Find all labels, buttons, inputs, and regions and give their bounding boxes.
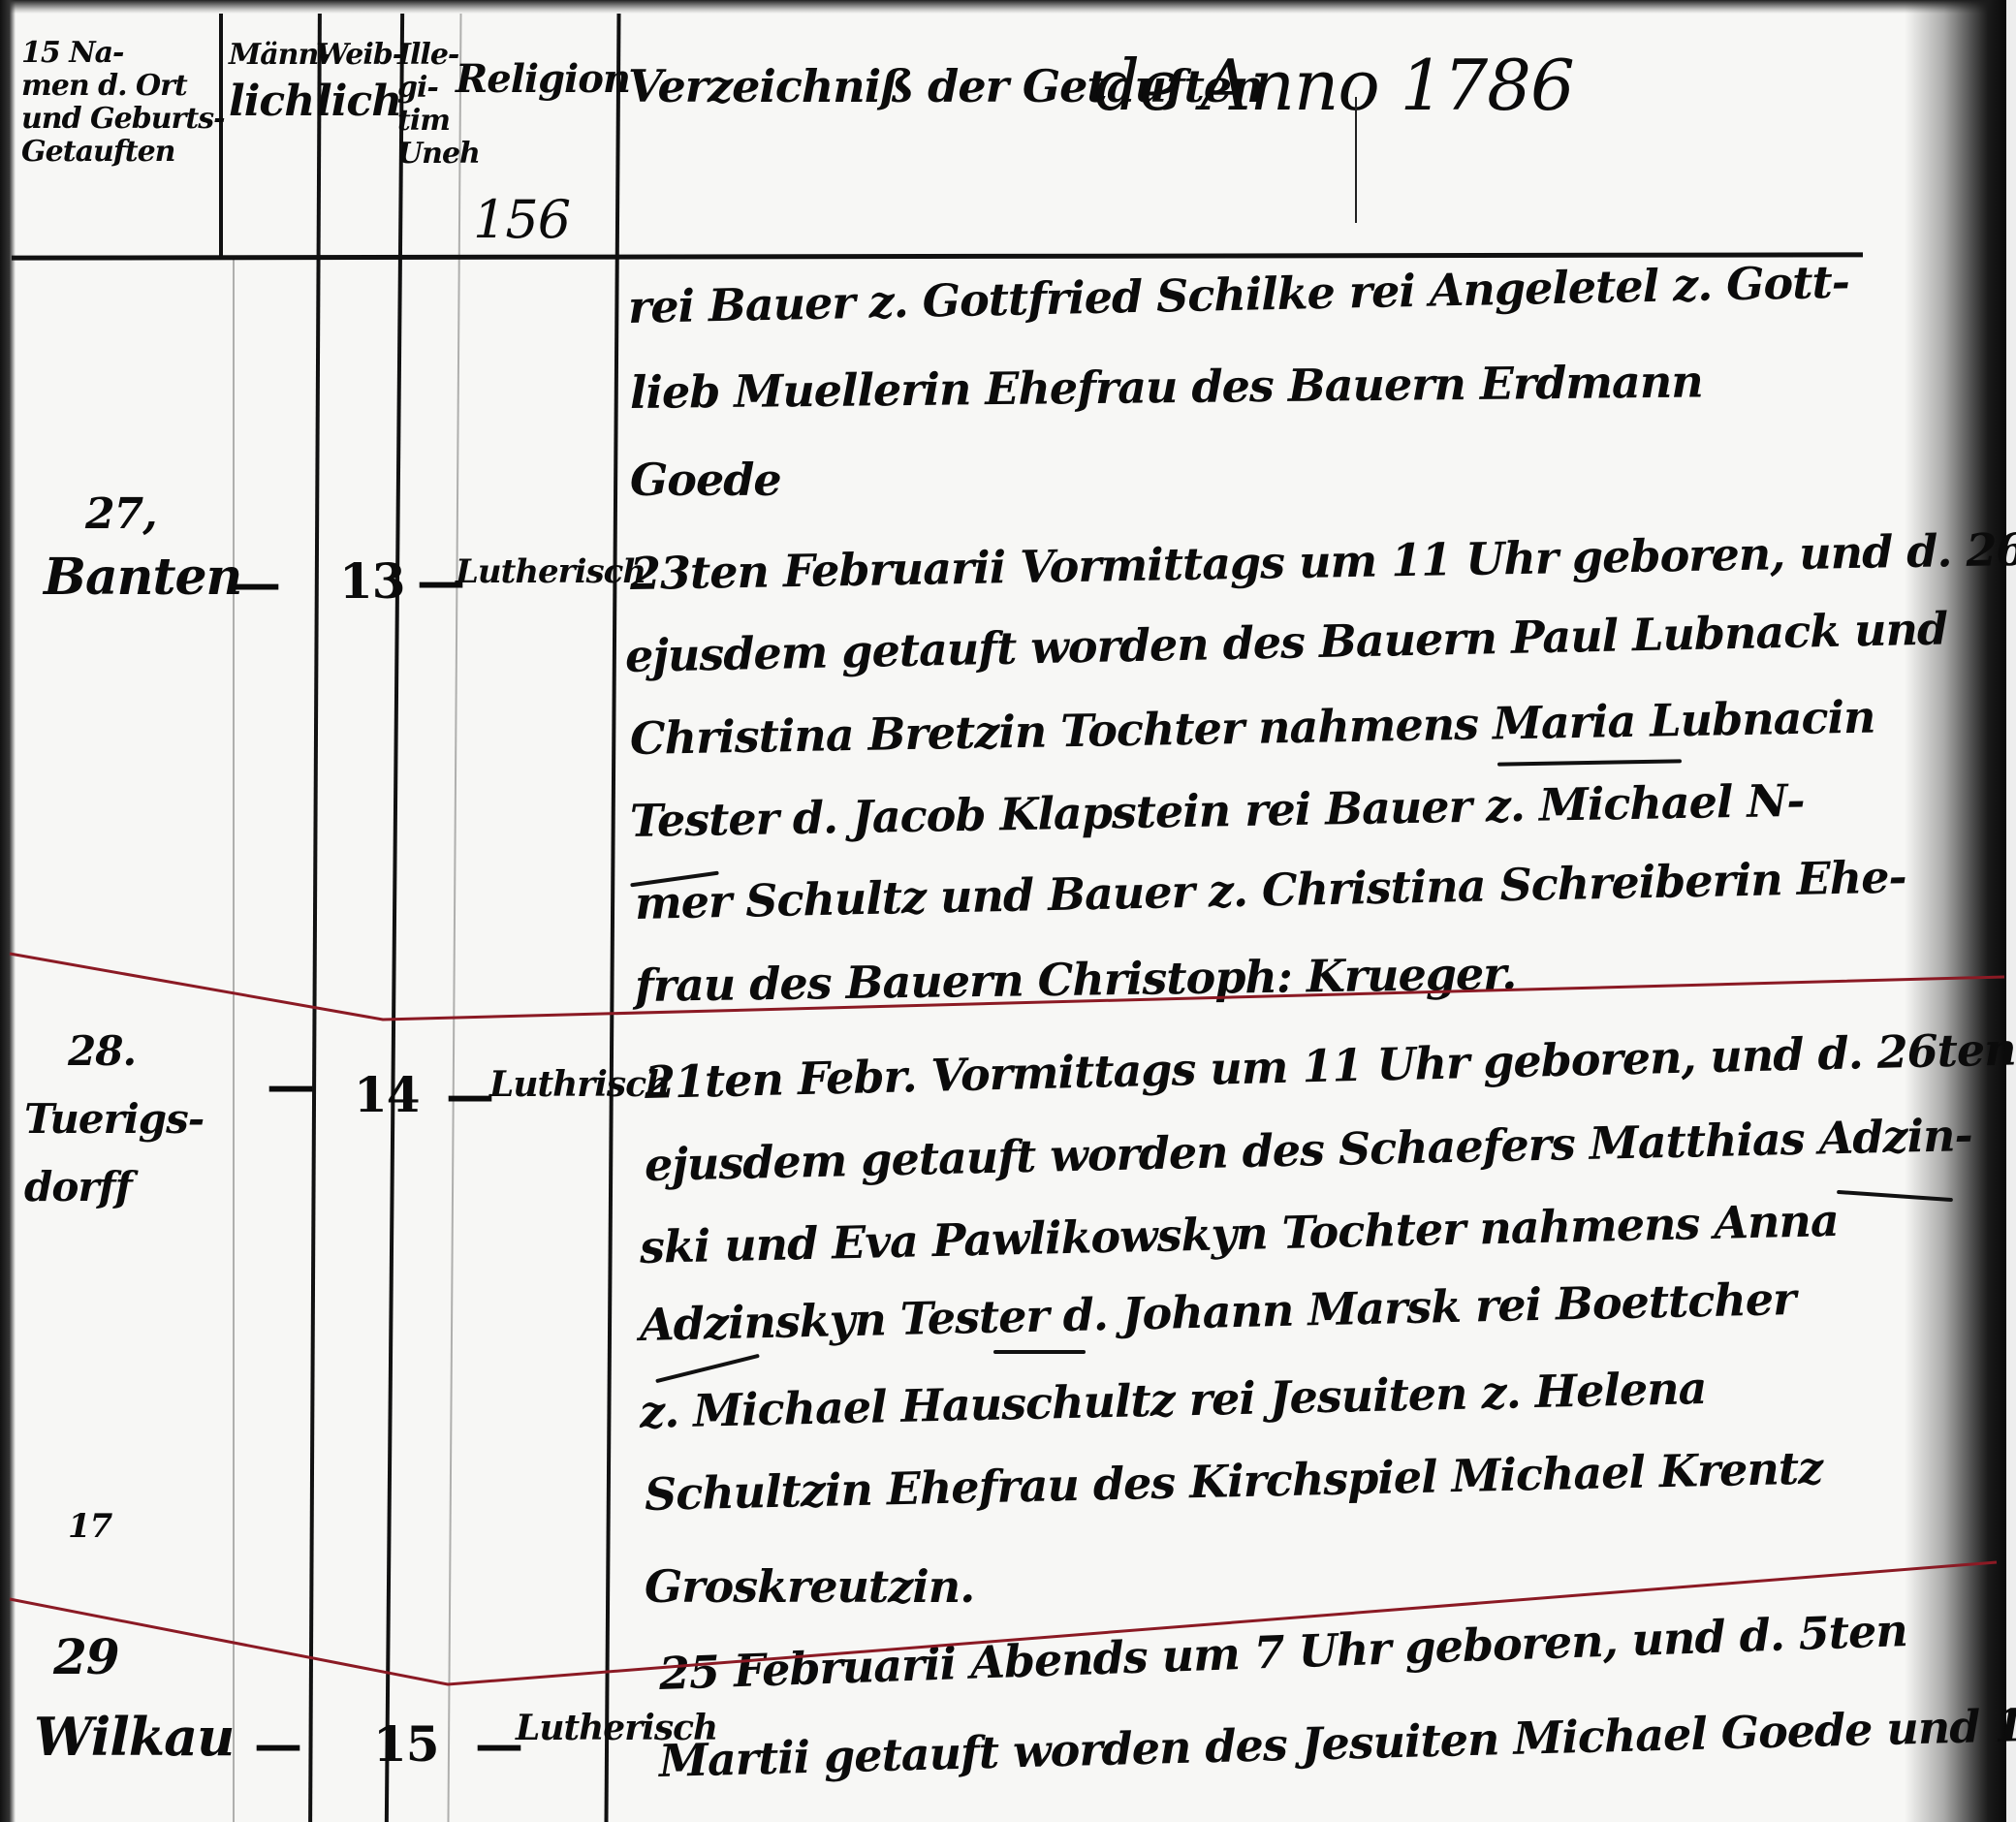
register-page: 15 Na- men d. Ort und Geburts- Getauften… — [0, 0, 2016, 1822]
separator-line-1 — [10, 954, 2004, 1020]
separator-line-2 — [10, 1562, 1997, 1684]
entry-separator-annotations — [0, 0, 2016, 1822]
